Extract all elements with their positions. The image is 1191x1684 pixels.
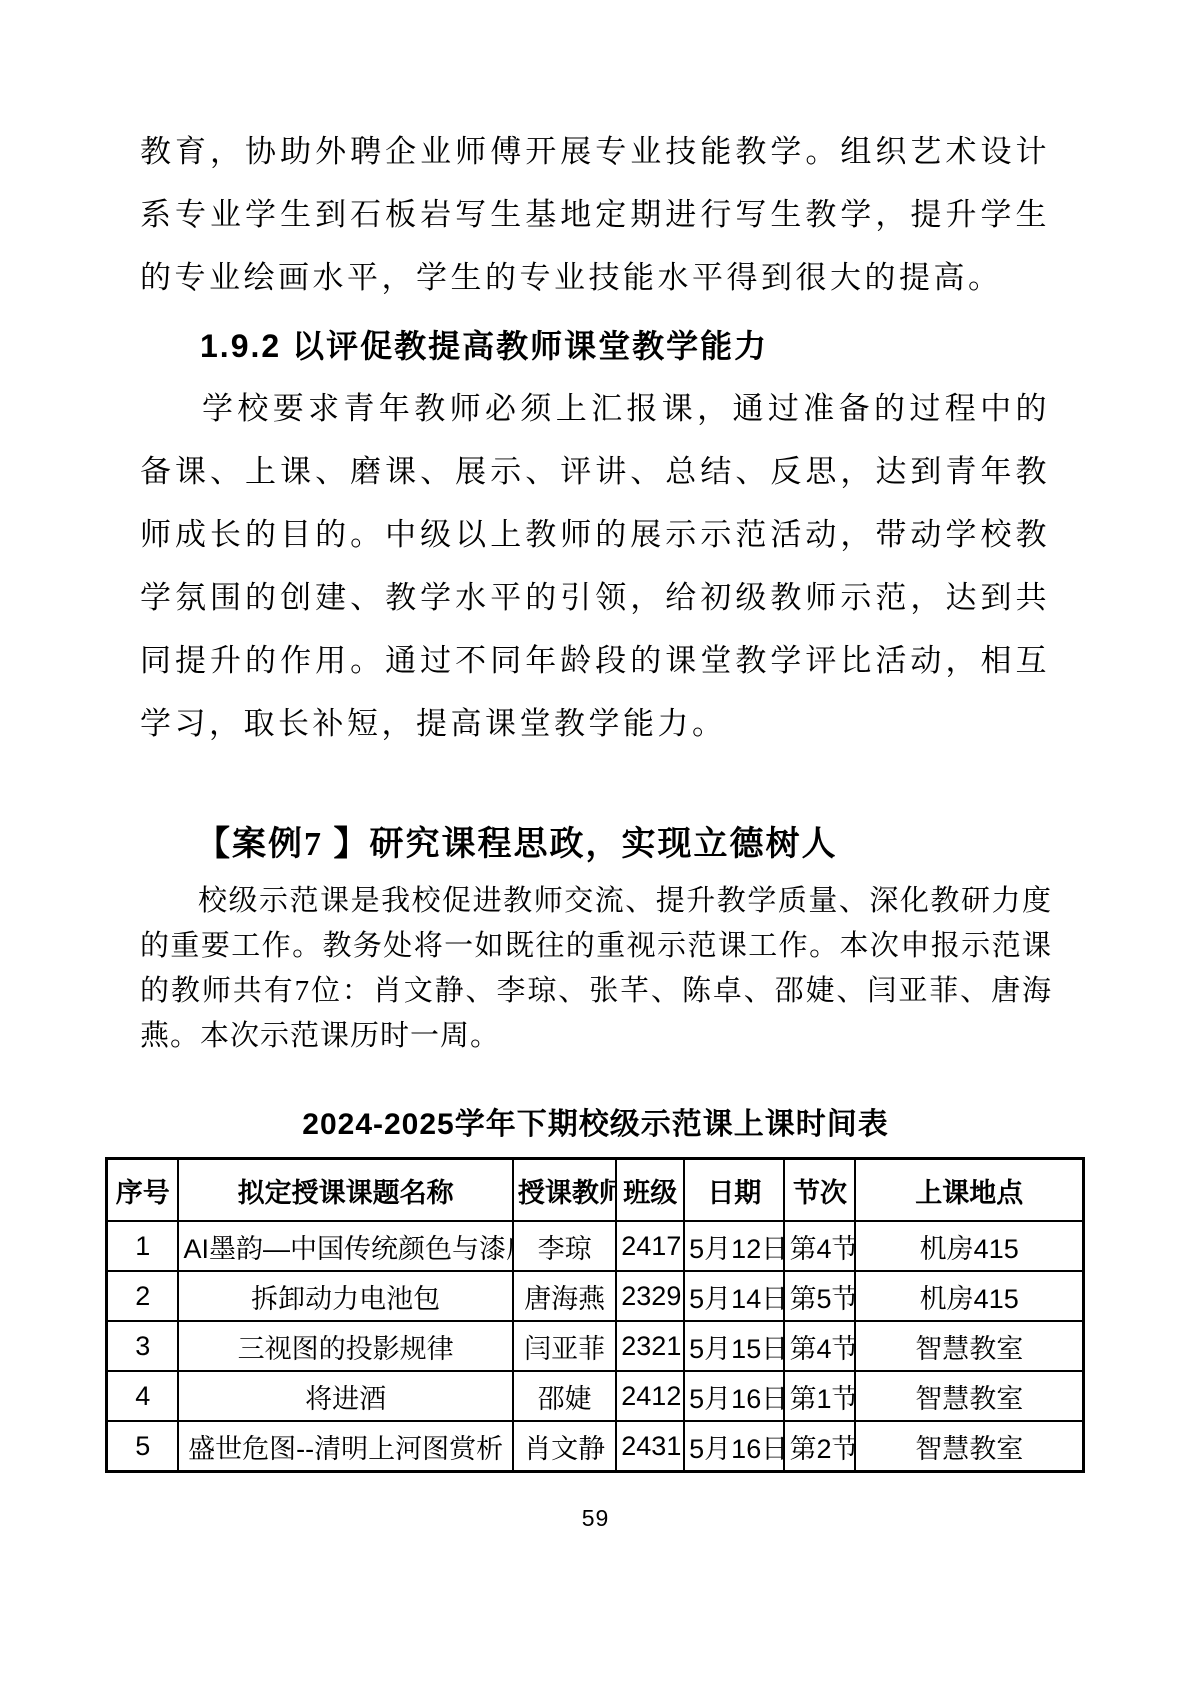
header-cell-class: 班级 bbox=[616, 1159, 684, 1222]
section-heading-1-9-2: 1.9.2 以评促教提高教师课堂教学能力 bbox=[200, 315, 1191, 377]
cell-topic: 将进酒 bbox=[178, 1371, 512, 1421]
case-7-paragraph: 校级示范课是我校促进教师交流、提升教学质量、深化教研力度的重要工作。教务处将一如… bbox=[140, 879, 1052, 1059]
cell-location: 智慧教室 bbox=[855, 1371, 1083, 1421]
table-row: 1 AI墨韵—中国传统颜色与漆扇创想 李琼 2417 5月12日 第4节 机房4… bbox=[107, 1221, 1084, 1271]
header-cell-section: 节次 bbox=[784, 1159, 855, 1222]
cell-index: 5 bbox=[107, 1421, 179, 1472]
header-cell-teacher: 授课教师 bbox=[513, 1159, 616, 1222]
cell-topic: AI墨韵—中国传统颜色与漆扇创想 bbox=[178, 1221, 512, 1271]
cell-location: 机房415 bbox=[855, 1221, 1083, 1271]
demo-class-schedule-table: 序号 拟定授课课题名称 授课教师 班级 日期 节次 上课地点 1 AI墨韵—中国… bbox=[105, 1157, 1085, 1473]
cell-date: 5月12日 bbox=[684, 1221, 784, 1271]
cell-date: 5月14日 bbox=[684, 1271, 784, 1321]
cell-section: 第2节 bbox=[784, 1421, 855, 1472]
cell-location: 智慧教室 bbox=[855, 1321, 1083, 1371]
cell-class: 2329 bbox=[616, 1271, 684, 1321]
cell-section: 第1节 bbox=[784, 1371, 855, 1421]
document-page: 教育，协助外聘企业师傅开展专业技能教学。组织艺术设计系专业学生到石板岩写生基地定… bbox=[0, 0, 1191, 1684]
cell-teacher: 肖文静 bbox=[513, 1421, 616, 1472]
cell-topic: 盛世危图--清明上河图赏析 bbox=[178, 1421, 512, 1472]
table-row: 4 将进酒 邵婕 2412 5月16日 第1节 智慧教室 bbox=[107, 1371, 1084, 1421]
table-row: 3 三视图的投影规律 闫亚菲 2321 5月15日 第4节 智慧教室 bbox=[107, 1321, 1084, 1371]
cell-teacher: 闫亚菲 bbox=[513, 1321, 616, 1371]
cell-date: 5月16日 bbox=[684, 1421, 784, 1472]
cell-index: 1 bbox=[107, 1221, 179, 1271]
header-cell-index: 序号 bbox=[107, 1159, 179, 1222]
cell-topic: 拆卸动力电池包 bbox=[178, 1271, 512, 1321]
cell-index: 4 bbox=[107, 1371, 179, 1421]
header-cell-date: 日期 bbox=[684, 1159, 784, 1222]
cell-date: 5月15日 bbox=[684, 1321, 784, 1371]
cell-teacher: 邵婕 bbox=[513, 1371, 616, 1421]
cell-location: 机房415 bbox=[855, 1271, 1083, 1321]
cell-index: 3 bbox=[107, 1321, 179, 1371]
page-number: 59 bbox=[0, 1505, 1191, 1532]
cell-class: 2431 bbox=[616, 1421, 684, 1472]
case-7-heading: 【案例7 】研究课程思政，实现立德树人 bbox=[196, 821, 1191, 869]
table-row: 5 盛世危图--清明上河图赏析 肖文静 2431 5月16日 第2节 智慧教室 bbox=[107, 1421, 1084, 1472]
cell-teacher: 唐海燕 bbox=[513, 1271, 616, 1321]
header-cell-topic: 拟定授课课题名称 bbox=[178, 1159, 512, 1222]
header-cell-location: 上课地点 bbox=[855, 1159, 1083, 1222]
cell-teacher: 李琼 bbox=[513, 1221, 616, 1271]
cell-location: 智慧教室 bbox=[855, 1421, 1083, 1472]
schedule-table-title: 2024-2025学年下期校级示范课上课时间表 bbox=[0, 1105, 1191, 1145]
cell-index: 2 bbox=[107, 1271, 179, 1321]
paragraph-continuation: 教育，协助外聘企业师傅开展专业技能教学。组织艺术设计系专业学生到石板岩写生基地定… bbox=[140, 120, 1050, 309]
cell-section: 第4节 bbox=[784, 1321, 855, 1371]
cell-date: 5月16日 bbox=[684, 1371, 784, 1421]
table-header-row: 序号 拟定授课课题名称 授课教师 班级 日期 节次 上课地点 bbox=[107, 1159, 1084, 1222]
table-row: 2 拆卸动力电池包 唐海燕 2329 5月14日 第5节 机房415 bbox=[107, 1271, 1084, 1321]
cell-section: 第5节 bbox=[784, 1271, 855, 1321]
cell-topic: 三视图的投影规律 bbox=[178, 1321, 512, 1371]
cell-class: 2417 bbox=[616, 1221, 684, 1271]
cell-class: 2321 bbox=[616, 1321, 684, 1371]
cell-class: 2412 bbox=[616, 1371, 684, 1421]
paragraph-evaluation-teaching: 学校要求青年教师必须上汇报课，通过准备的过程中的备课、上课、磨课、展示、评讲、总… bbox=[140, 377, 1050, 755]
cell-section: 第4节 bbox=[784, 1221, 855, 1271]
